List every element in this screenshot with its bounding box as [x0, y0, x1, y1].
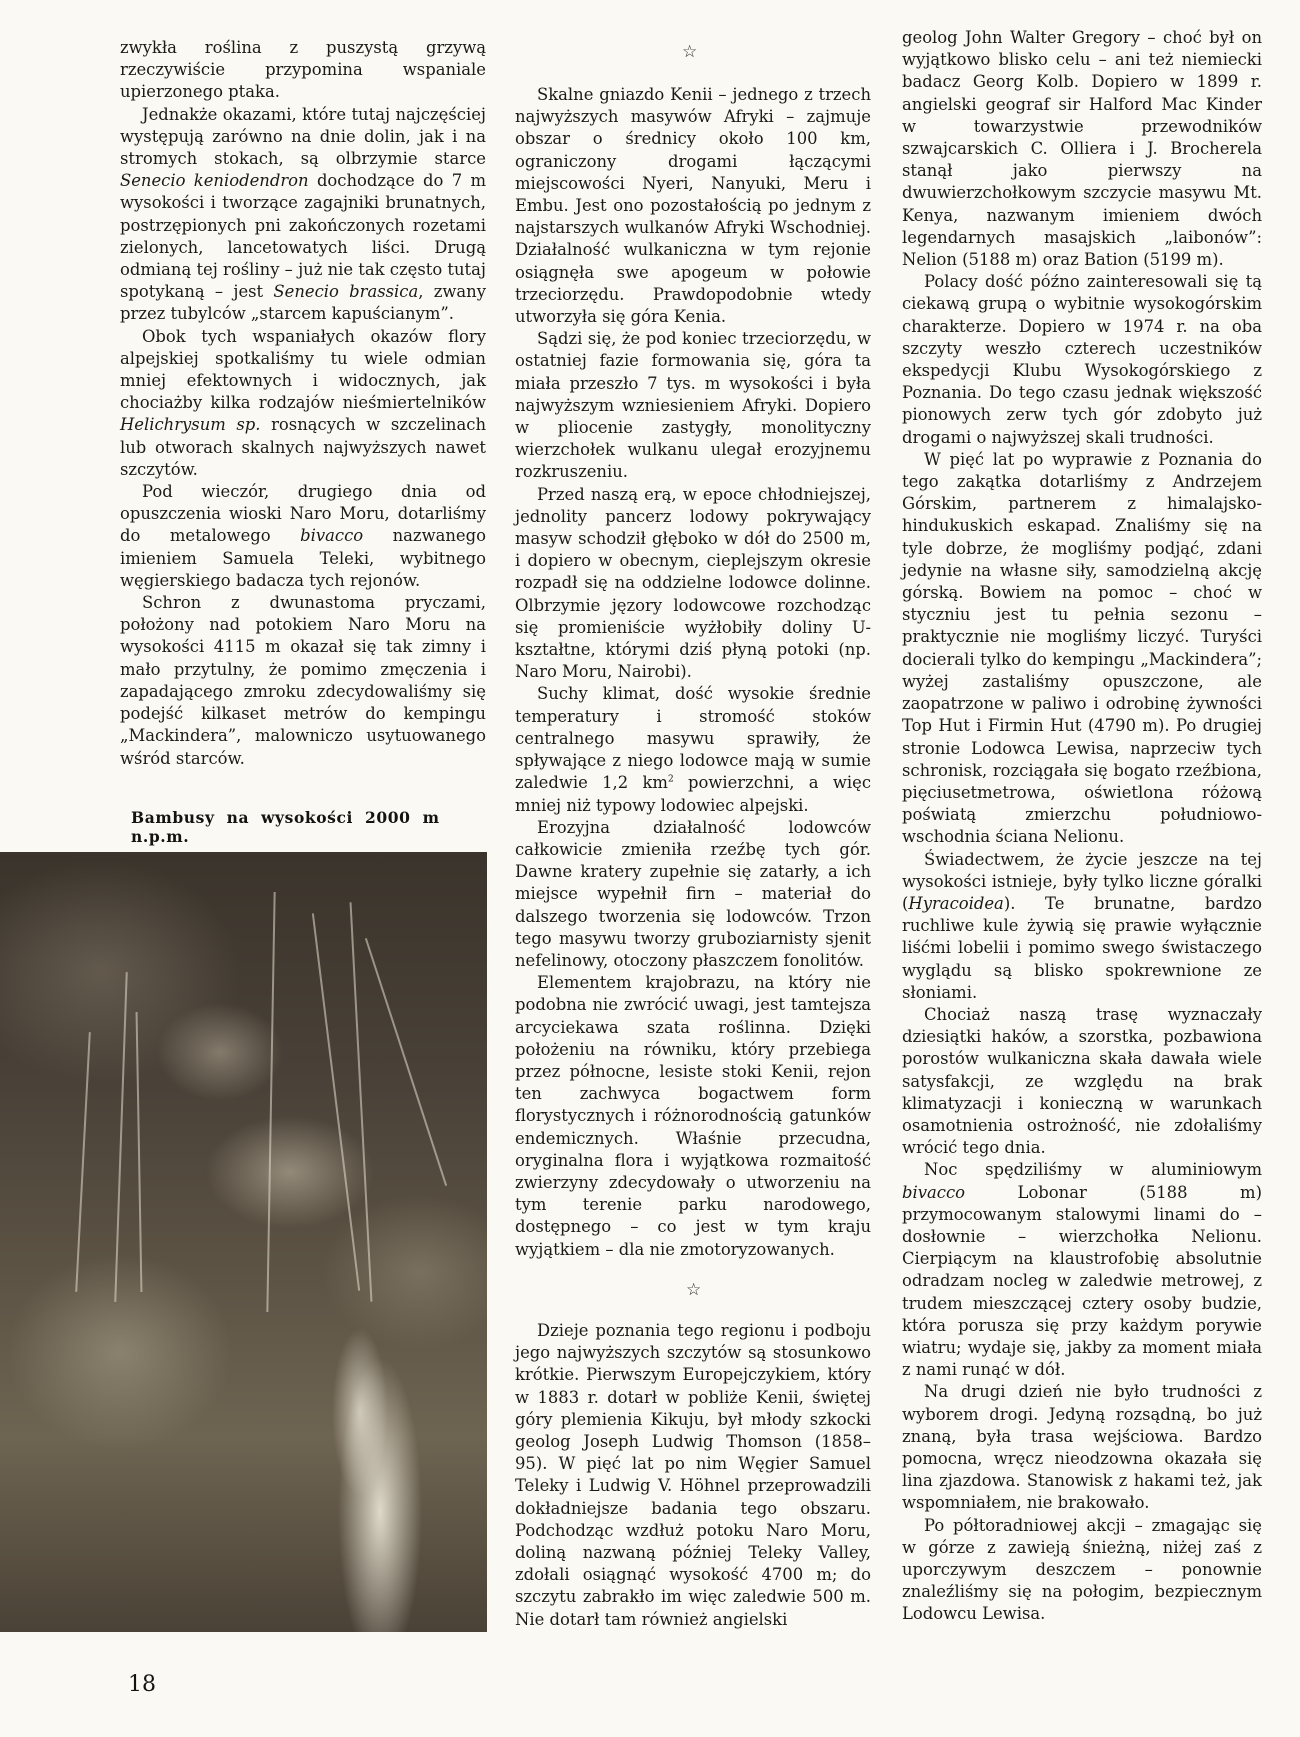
- paragraph: Sądzi się, że pod koniec trzeciorzędu, w…: [515, 328, 871, 483]
- paragraph: Elementem krajobrazu, na który nie podob…: [515, 972, 871, 1261]
- section-separator-star-icon: ☆: [682, 42, 697, 62]
- paragraph: Świadectwem, że życie jeszcze na tej wys…: [902, 849, 1262, 1004]
- left-column: zwykła roślina z puszystą grzywą rzeczyw…: [120, 37, 486, 770]
- middle-column-section-2: Dzieje poznania tego regionu i podboju j…: [515, 1320, 871, 1631]
- paragraph: zwykła roślina z puszystą grzywą rzeczyw…: [120, 37, 486, 104]
- paragraph: Obok tych wspaniałych okazów flory alpej…: [120, 326, 486, 481]
- paragraph: Skalne gniazdo Kenii – jednego z trzech …: [515, 84, 871, 328]
- paragraph: Przed naszą erą, w epoce chłodniejszej, …: [515, 484, 871, 684]
- paragraph: Suchy klimat, dość wysokie średnie tempe…: [515, 683, 871, 816]
- paragraph: Dzieje poznania tego regionu i podboju j…: [515, 1320, 871, 1631]
- paragraph: geolog John Walter Gregory – choć był on…: [902, 27, 1262, 271]
- paragraph: Noc spędziliśmy w aluminiowym bivacco Lo…: [902, 1159, 1262, 1381]
- right-column: geolog John Walter Gregory – choć był on…: [902, 27, 1262, 1626]
- paragraph: Schron z dwunastoma pryczami, położony n…: [120, 592, 486, 770]
- paragraph: Jednakże okazami, które tutaj najczęście…: [120, 104, 486, 326]
- paragraph: Pod wieczór, drugiego dnia od opuszczeni…: [120, 481, 486, 592]
- section-separator-star-icon: ☆: [686, 1280, 701, 1300]
- paragraph: Polacy dość późno zainteresowali się tą …: [902, 271, 1262, 449]
- photo-caption: Bambusy na wysokości 2000 m n.p.m.: [131, 808, 491, 846]
- middle-column: Skalne gniazdo Kenii – jednego z trzech …: [515, 84, 871, 1261]
- paragraph: Erozyjna działalność lodowców całkowicie…: [515, 817, 871, 972]
- paragraph: Chociaż naszą trasę wyznaczały dziesiątk…: [902, 1004, 1262, 1159]
- paragraph: Na drugi dzień nie było trudności z wybo…: [902, 1381, 1262, 1514]
- page-number: 18: [128, 1672, 156, 1697]
- paragraph: W pięć lat po wyprawie z Poznania do teg…: [902, 449, 1262, 849]
- paragraph: Po półtoradniowej akcji – zmagając się w…: [902, 1515, 1262, 1626]
- bamboo-photo: [0, 852, 487, 1632]
